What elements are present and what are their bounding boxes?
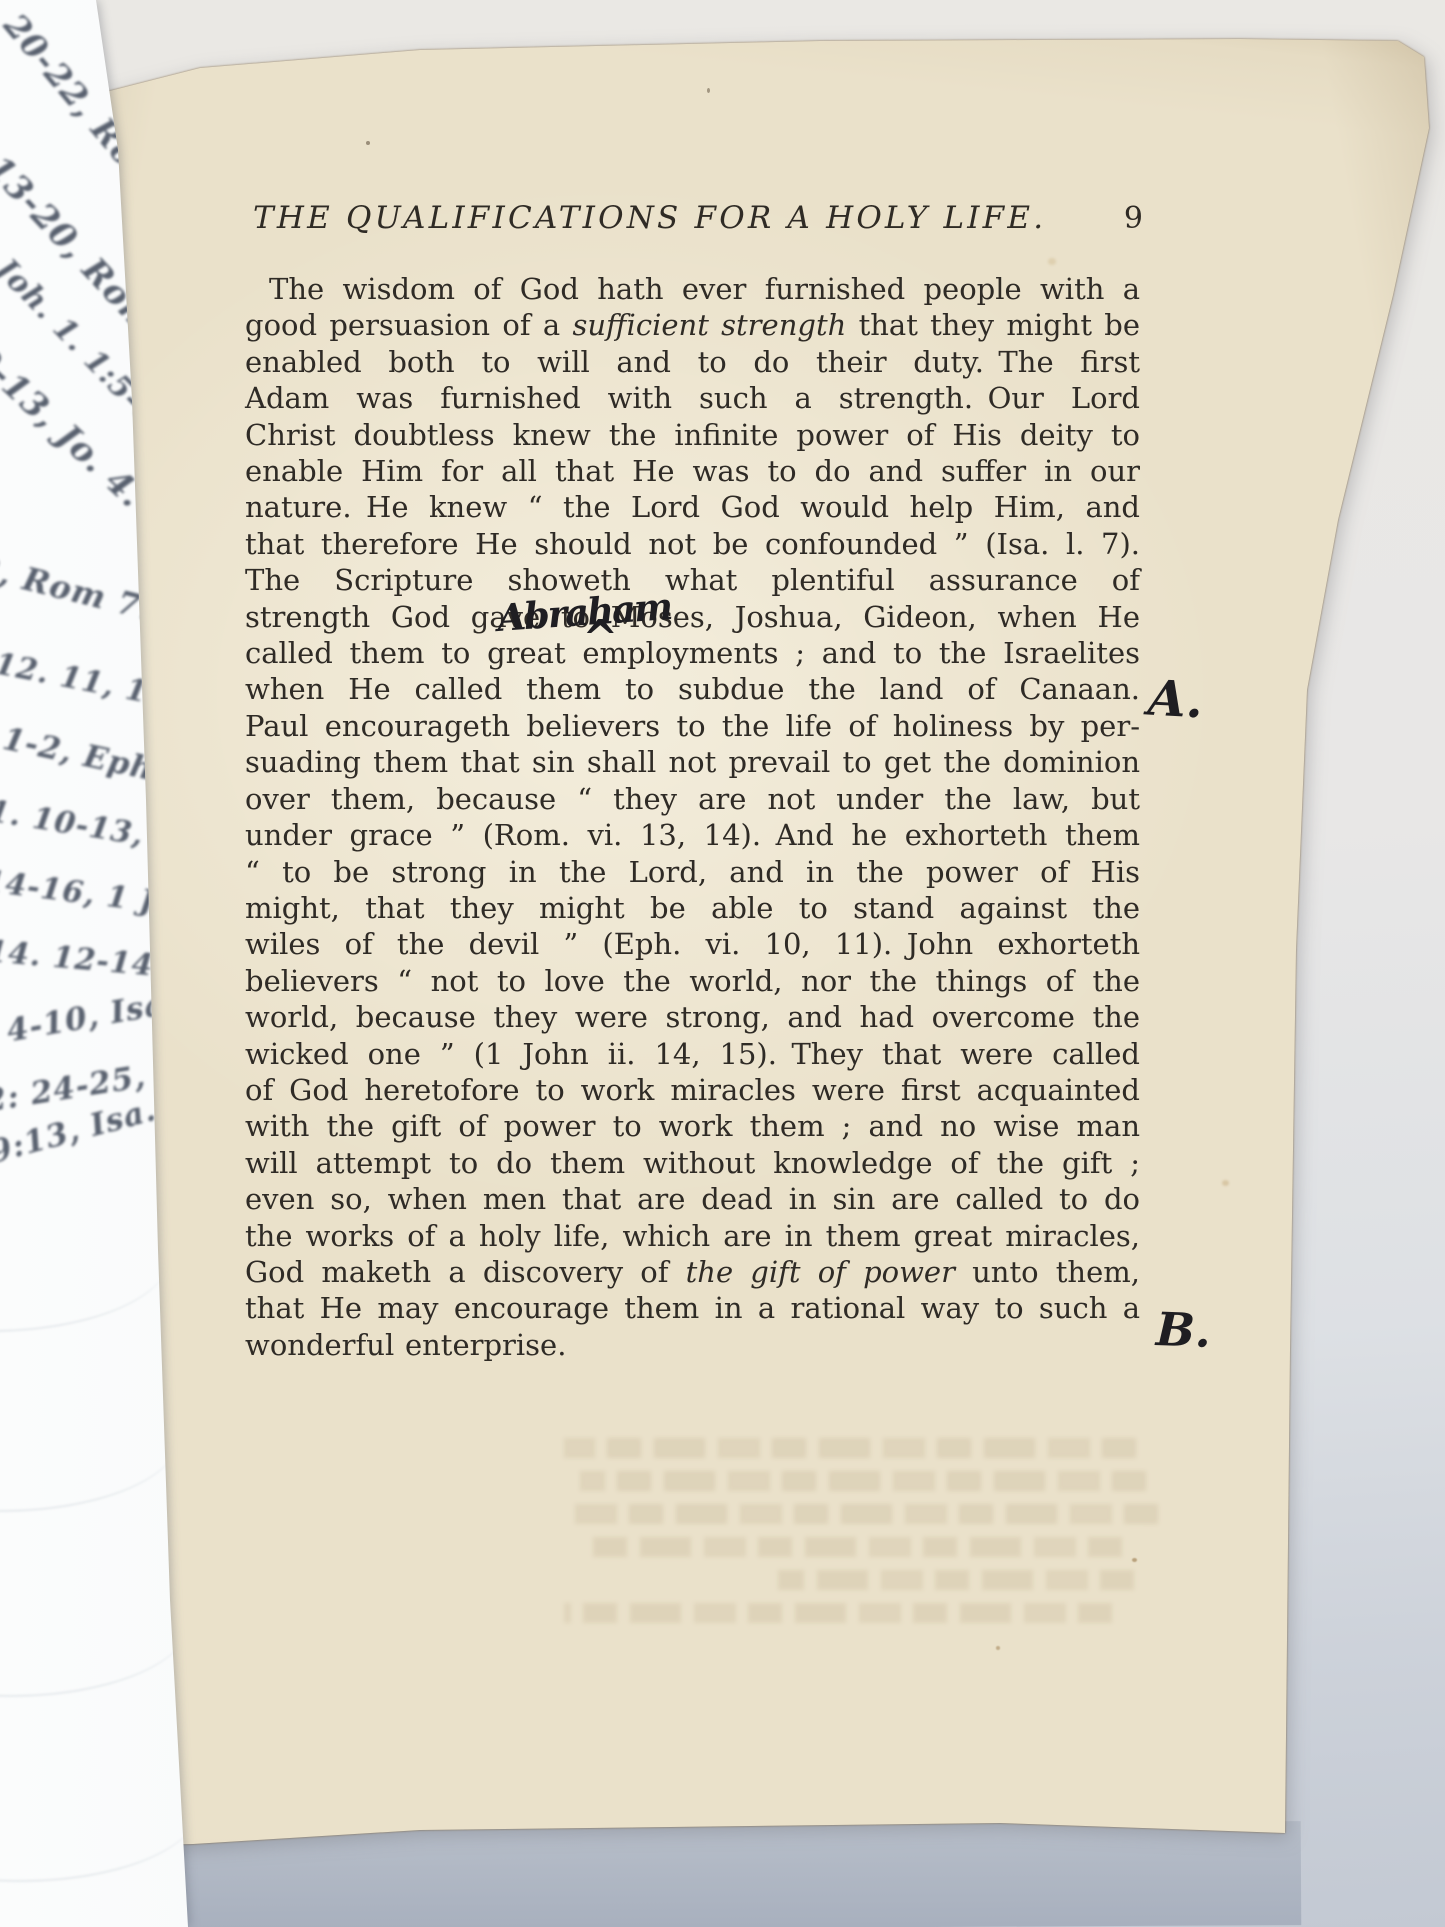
- handwritten-reference: . 12. 11, 1 Jhn 5. 4: [0, 642, 298, 739]
- facing-page-wrap: 20-22, Rom 113-20, Rom 1Joh. 1. 1:5-6. 9…: [0, 0, 1445, 1927]
- photo-of-open-book: THE QUALIFICATIONS FOR A HOLY LIFE. 9 Th…: [0, 0, 1445, 1927]
- handwritten-reference: 2, Rom 7. 24-25: [0, 548, 272, 657]
- page-curl-line: [0, 1360, 180, 1512]
- handwritten-reference: 14-16, 1 Jhn 2. 14: [0, 864, 302, 937]
- handwritten-reference: .1. 10-13, 1 Jhn 3. 2: [0, 792, 328, 882]
- page-curl-line: [0, 1545, 190, 1697]
- handwritten-reference: 14. 12-14, Eph 3: [0, 934, 279, 994]
- page-curl-line: [0, 1180, 170, 1332]
- page-curl-line: [0, 1730, 200, 1882]
- handwritten-reference: 4-10, Isa. 40. 28: [4, 962, 303, 1049]
- facing-page-annotations: 20-22, Rom 113-20, Rom 1Joh. 1. 1:5-6. 9…: [0, 0, 1445, 1927]
